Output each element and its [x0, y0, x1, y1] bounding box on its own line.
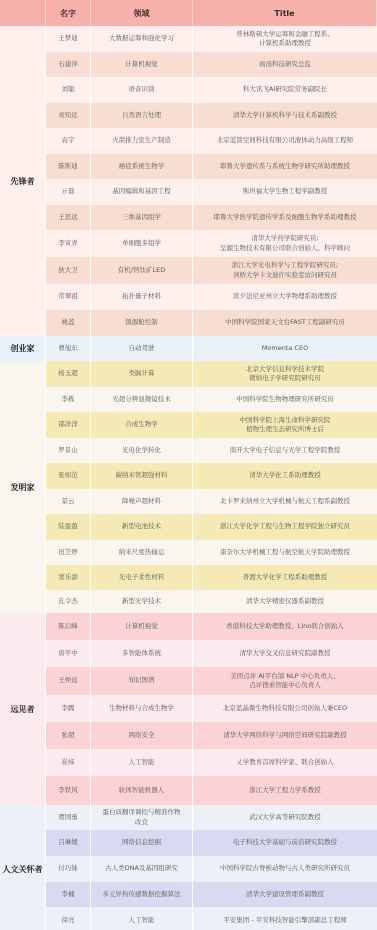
field-cell: 语音识别 — [91, 77, 193, 103]
title-cell: 北京大学信息科学技术学院 微纳电子学研究院研究员 — [193, 361, 377, 387]
title-cell: Momenta CEO — [193, 336, 377, 361]
name-cell: 张超 — [46, 722, 91, 749]
field-cell: 火箭推力室生产制造 — [91, 128, 193, 154]
field-cell: 新型电池技术 — [91, 514, 193, 540]
title-cell: 平安集团 - 平安科技智能引擎部副总工程师 — [193, 907, 377, 930]
field-cell: 有机/钙钛矿LED — [91, 257, 193, 284]
field-cell: 降噪声超材料 — [91, 489, 193, 514]
title-cell: 美团点评 AI平台部 NLP 中心负责人、 点评搜索智能中心负责人 — [193, 667, 377, 695]
field-cell: 大数据运筹和强化学习 — [91, 26, 193, 52]
title-cell: 清华大学建设管理系副教授 — [193, 882, 377, 907]
title-cell: 南开大学电子信息与光学工程学院教授 — [193, 438, 377, 463]
title-cell: 宾夕法尼亚州立大学物理系助理教授 — [193, 284, 377, 310]
name-cell: 王仲远 — [46, 667, 91, 695]
field-cell: 三维基因组学 — [91, 205, 193, 230]
name-cell: 石建萍 — [46, 52, 91, 77]
field-cell: 新型光学技术 — [91, 590, 193, 613]
title-cell: 浙江大学化学工程与生物工程学院独立研究员 — [193, 514, 377, 540]
title-cell: 耶鲁大学医学院遗传学系及细胞生物学系助理教授 — [193, 205, 377, 230]
title-cell: 中国科学院上海生命科学研究院 植物生理生态研究所博士后 — [193, 412, 377, 438]
title-cell: 康奈尔大学机械工程与航空航天学院助理教授 — [193, 540, 377, 565]
name-cell: 窦乐添 — [46, 565, 91, 590]
title-cell: 电子科技大学基础与前沿研究院教授 — [193, 830, 377, 856]
name-cell: 王梦迪 — [46, 26, 91, 52]
field-cell: 计算机视觉 — [91, 613, 193, 640]
category-label: 远见者 — [0, 613, 46, 805]
name-cell: 陈启峰 — [46, 613, 91, 640]
name-cell: 李栋 — [46, 387, 91, 412]
title-cell: 清华大学计算机科学与技术系副教授 — [193, 103, 377, 128]
title-cell: 浙江大学工程力学系教授 — [193, 776, 377, 805]
category-label: 创业家 — [0, 336, 46, 361]
name-cell: 王思远 — [46, 205, 91, 230]
field-cell: 类脑计算 — [91, 361, 193, 387]
name-cell: 曹旭东 — [46, 336, 91, 361]
title-cell: 清华大学药学院研究员; 呈源生物技术有限公司联合创始人、科学顾问 — [193, 230, 377, 257]
category-label: 人文关怀者 — [0, 805, 46, 930]
name-cell: 田芝婷 — [46, 540, 91, 565]
title-cell: 北京蓝晶微生物科技有限公司创始人兼CEO — [193, 695, 377, 722]
field-cell: 生物材料与合成生物学 — [91, 695, 193, 722]
header-category — [0, 0, 46, 26]
title-cell: 武汉大学高等研究院教授 — [193, 805, 377, 830]
name-cell: 付巧妹 — [46, 856, 91, 882]
name-cell: 孔令杰 — [46, 590, 91, 613]
field-cell: 知识图谱 — [91, 667, 193, 695]
title-cell: 耶鲁大学遗传系与系统生物学研究所助理教授 — [193, 154, 377, 179]
title-cell: 乂学教育首席科学家、联合创始人 — [193, 749, 377, 776]
title-cell: 香港科技大学助理教授、Lino联合创始人 — [193, 613, 377, 640]
title-cell: 商汤科技研究总监 — [193, 52, 377, 77]
name-cell: 徐亮 — [46, 907, 91, 930]
field-cell: 网络信息挖掘 — [91, 830, 193, 856]
field-cell: 自然语言处理 — [91, 103, 193, 128]
category-label: 先锋者 — [0, 26, 46, 336]
header-name: 名字 — [46, 0, 91, 26]
name-cell: 常翠祖 — [46, 284, 91, 310]
title-cell: 科大讯飞AI研究院常务副院长 — [193, 77, 377, 103]
name-cell: 狄大卫 — [46, 257, 91, 284]
field-cell: 合成生物学 — [91, 412, 193, 438]
title-cell: 中国科学院生物物理研究所研究员 — [193, 387, 377, 412]
title-cell: 清华大学精密仪器系副教授 — [193, 590, 377, 613]
category-label: 发明家 — [0, 361, 46, 613]
title-cell: 北京蓝箭空间科技有限公司液体动力高级工程师 — [193, 128, 377, 154]
title-cell: 清华大学交叉信息研究院副教授 — [193, 640, 377, 667]
name-cell: 杨玉超 — [46, 361, 91, 387]
field-cell: 光电化学转化 — [91, 438, 193, 463]
name-cell: 唐平中 — [46, 640, 91, 667]
title-cell: 清华大学网络科学与网络空间研究院副教授 — [193, 722, 377, 749]
field-cell: 古人类DNA及基因组研究 — [91, 856, 193, 882]
field-cell: 多元异构传感数据挖掘算法 — [91, 882, 193, 907]
name-cell: 陈斯迪 — [46, 154, 91, 179]
title-cell: 清华大学化工系助理教授 — [193, 463, 377, 489]
field-cell: 癌症系统生物学 — [91, 154, 193, 179]
name-cell: 刘聪 — [46, 77, 91, 103]
header-title: Title — [193, 0, 377, 26]
title-cell: 普渡大学化学工程系助理教授 — [193, 565, 377, 590]
name-cell: 李腾 — [46, 695, 91, 722]
field-cell: 碳纳米管超强材料 — [91, 463, 193, 489]
name-cell: 邵洋洋 — [46, 412, 91, 438]
field-cell: 网络安全 — [91, 722, 193, 749]
talent-table: 名字 领域 Title 先锋者王梦迪大数据运筹和强化学习普林斯顿大学运筹和金融工… — [0, 0, 377, 930]
name-cell: 李楠 — [46, 882, 91, 907]
field-cell: 基因编辑和基因工程 — [91, 179, 193, 205]
title-cell: 普林斯顿大学运筹和金融工程系、 计算机系助理教授 — [193, 26, 377, 52]
name-cell: 姚蕊 — [46, 310, 91, 336]
field-cell: 计算机视觉 — [91, 52, 193, 77]
title-cell: 中国科学院古脊椎动物与古人类研究所研究员 — [193, 856, 377, 882]
field-cell: 纳米尺度热输运 — [91, 540, 193, 565]
name-cell: 吕琳媛 — [46, 830, 91, 856]
title-cell: 斯坦福大学生物工程学副教授 — [193, 179, 377, 205]
name-cell: 李铁风 — [46, 776, 91, 805]
field-cell: 自动驾驶 — [91, 336, 193, 361]
field-cell: 人工智能 — [91, 907, 193, 930]
name-cell: 李寅青 — [46, 230, 91, 257]
field-cell: 光超分辨显微镜技术 — [91, 387, 193, 412]
title-cell: 中国科学院国家天文台FAST工程副研究员 — [193, 310, 377, 336]
name-cell: 罗景山 — [46, 438, 91, 463]
field-cell: 馈源舱控制 — [91, 310, 193, 336]
field-cell: 拓扑量子材料 — [91, 284, 193, 310]
name-cell: 胥国勇 — [46, 805, 91, 830]
name-cell: 陆盈盈 — [46, 514, 91, 540]
field-cell: 多智能体系统 — [91, 640, 193, 667]
title-cell: 浙江大学光电科学与工程学院研究员; 剑桥大学卡文迪许实验室访问研究员 — [193, 257, 377, 284]
title-cell: 北卡罗来纳州立大学机械与航天工程系副教授 — [193, 489, 377, 514]
field-cell: 单细胞多组学 — [91, 230, 193, 257]
name-cell: 张如范 — [46, 463, 91, 489]
name-cell: 崔炜 — [46, 749, 91, 776]
header-field: 领域 — [91, 0, 193, 26]
field-cell: 光电子柔性材料 — [91, 565, 193, 590]
field-cell: 人工智能 — [91, 749, 193, 776]
name-cell: 亓磊 — [46, 179, 91, 205]
field-cell: 软体智能机器人 — [91, 776, 193, 805]
name-cell: 刘知远 — [46, 103, 91, 128]
field-cell: 蛋白质翻译调控与精准作物 改良 — [91, 805, 193, 830]
name-cell: 袁宇 — [46, 128, 91, 154]
name-cell: 景云 — [46, 489, 91, 514]
